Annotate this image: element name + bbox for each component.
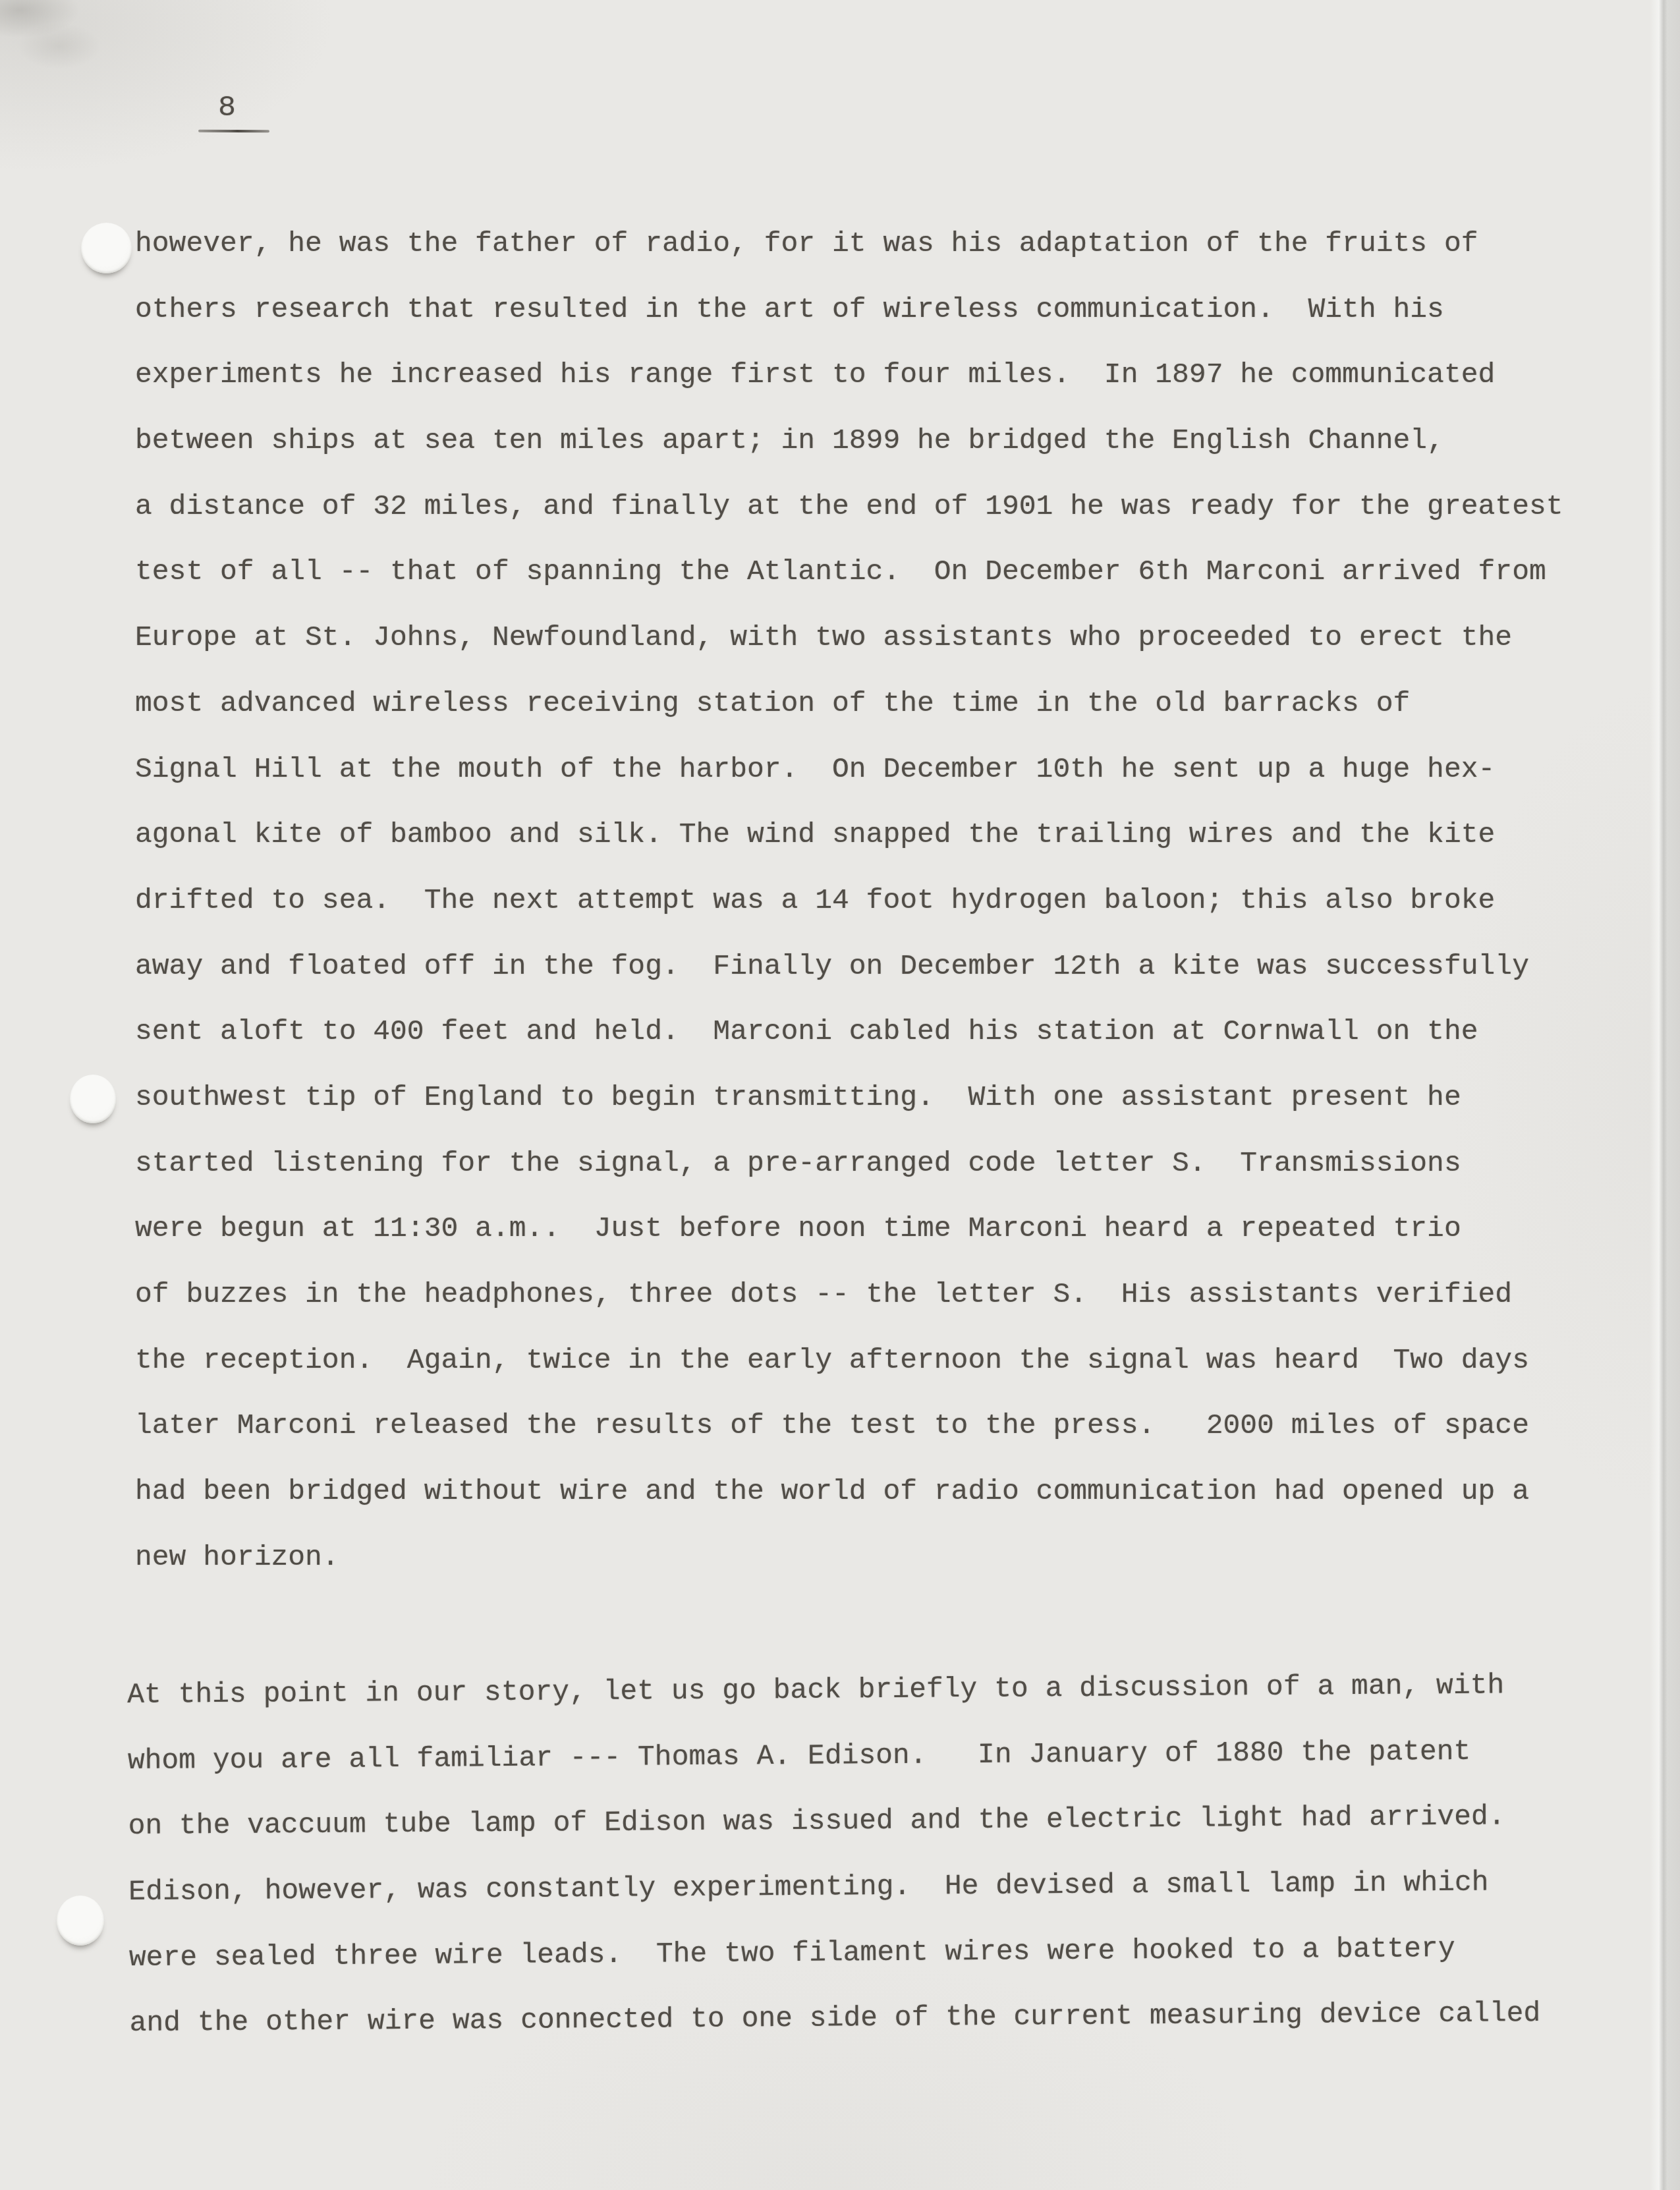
text-line: new horizon. [135, 1542, 1563, 1608]
typewritten-document-page: 8 however, he was the father of radio, f… [0, 0, 1680, 2190]
text-line: and the other wire was connected to one … [129, 1998, 1540, 2074]
text-line: a distance of 32 miles, and finally at t… [135, 491, 1563, 557]
text-line: however, he was the father of radio, for… [135, 229, 1563, 295]
text-line: agonal kite of bamboo and silk. The wind… [135, 820, 1563, 885]
text-line: away and floated off in the fog. Finally… [135, 951, 1563, 1017]
text-line: between ships at sea ten miles apart; in… [135, 426, 1563, 491]
text-line: the reception. Again, twice in the early… [135, 1345, 1563, 1411]
text-line: experiments he increased his range first… [135, 360, 1563, 426]
text-line: had been bridged without wire and the wo… [135, 1476, 1563, 1542]
text-line: Europe at St. Johns, Newfoundland, with … [135, 623, 1563, 688]
punch-hole-bottom [57, 1895, 104, 1946]
text-line: others research that resulted in the art… [135, 295, 1563, 360]
text-line: test of all -- that of spanning the Atla… [135, 557, 1563, 623]
text-line: on the vaccuum tube lamp of Edison was i… [128, 1801, 1539, 1877]
paragraph-marconi: however, he was the father of radio, for… [135, 229, 1563, 1608]
text-line: were begun at 11:30 a.m.. Just before no… [135, 1214, 1563, 1279]
text-line: Signal Hill at the mouth of the harbor. … [135, 754, 1563, 820]
text-line: whom you are all familiar --- Thomas A. … [128, 1736, 1539, 1812]
text-line: of buzzes in the headphones, three dots … [135, 1279, 1563, 1345]
punch-hole-top [81, 223, 132, 273]
text-line: started listening for the signal, a pre-… [135, 1148, 1563, 1214]
text-line: At this point in our story, let us go ba… [127, 1670, 1538, 1746]
page-number: 8 [218, 93, 237, 123]
text-line: sent aloft to 400 feet and held. Marconi… [135, 1017, 1563, 1082]
paragraph-edison: At this point in our story, let us go ba… [127, 1670, 1541, 2074]
page-number-underline [198, 130, 269, 133]
paper-edge-crease [1650, 0, 1680, 2190]
punch-hole-middle [70, 1075, 116, 1123]
scan-smudge [0, 0, 171, 92]
text-line: later Marconi released the results of th… [135, 1411, 1563, 1476]
text-line: Edison, however, was constantly experime… [128, 1867, 1540, 1943]
text-line: drifted to sea. The next attempt was a 1… [135, 885, 1563, 951]
text-line: were sealed three wire leads. The two fi… [129, 1933, 1540, 2009]
text-line: most advanced wireless receiving station… [135, 688, 1563, 754]
text-line: southwest tip of England to begin transm… [135, 1082, 1563, 1148]
